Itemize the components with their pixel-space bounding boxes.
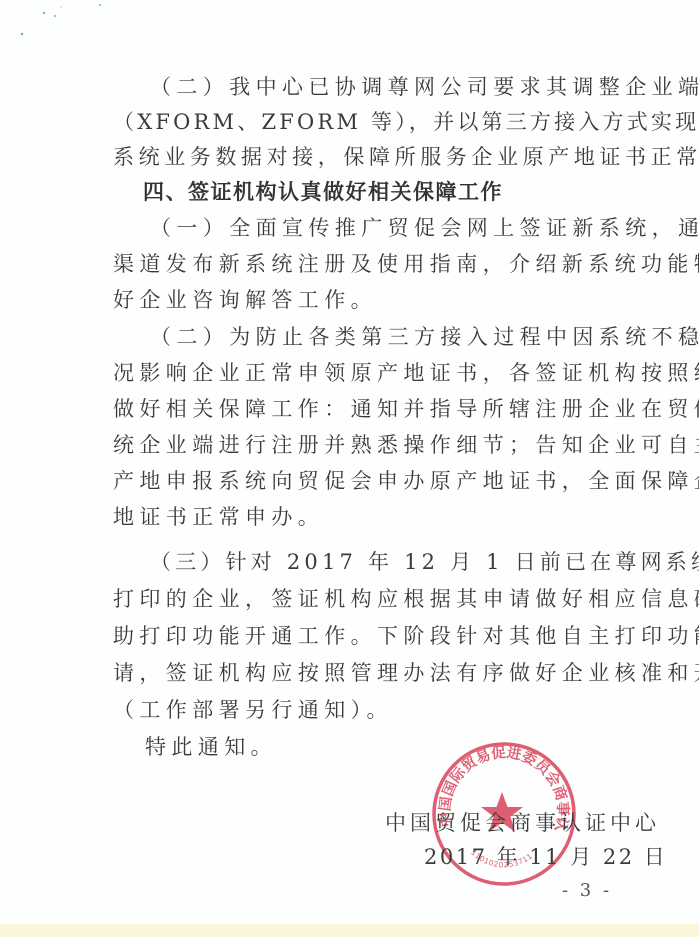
paragraph-3-line-4: 请，签证机构应按照管理办法有序做好企业核准和开通工作 <box>113 656 603 691</box>
paragraph-2-line-3: 系统业务数据对接，保障所服务企业原产地证书正常办理。 <box>113 140 603 175</box>
section-heading-4: 四、签证机构认真做好相关保障工作 <box>143 175 633 210</box>
signature-date: 2017 年 11 月 22 日 <box>424 842 667 872</box>
paragraph-2b-line-4: 统企业端进行注册并熟悉操作细节；告知企业可自主选择原 <box>113 428 603 463</box>
page-bottom-edge <box>0 924 699 937</box>
signature-organization: 中国贸促会商事认证中心 <box>385 808 660 838</box>
paragraph-2b-line-2: 况影响企业正常申领原产地证书，各签证机构按照统一部署 <box>113 356 603 391</box>
paragraph-2-line-1: （二）我中心已协调尊网公司要求其调整企业端系统 <box>150 70 640 105</box>
paragraph-1-line-1: （一）全面宣传推广贸促会网上签证新系统，通过各类 <box>150 211 640 246</box>
paragraph-3-line-2: 打印的企业，签证机构应根据其申请做好相应信息确认及自 <box>113 582 603 617</box>
paragraph-2b-line-6: 地证书正常申办。 <box>113 500 603 535</box>
paragraph-1-line-2: 渠道发布新系统注册及使用指南，介绍新系统功能特点，做 <box>113 247 603 282</box>
paragraph-1-line-3: 好企业咨询解答工作。 <box>113 283 603 318</box>
scan-specks <box>0 0 120 60</box>
paragraph-3-line-5: （工作部署另行通知）。 <box>113 693 603 728</box>
document-page: （二）我中心已协调尊网公司要求其调整企业端系统 （XFORM、ZFORM 等），… <box>0 0 699 937</box>
paragraph-3-line-1: （三）针对 2017 年 12 月 1 日前已在尊网系统实现自主 <box>150 545 640 580</box>
paragraph-2b-line-3: 做好相关保障工作：通知并指导所辖注册企业在贸促会新系 <box>113 392 603 427</box>
paragraph-2-line-2: （XFORM、ZFORM 等），并以第三方接入方式实现与贸促会新 <box>113 105 603 140</box>
paragraph-3-line-3: 助打印功能开通工作。下阶段针对其他自主打印功能开通申 <box>113 619 603 654</box>
paragraph-2b-line-1: （二）为防止各类第三方接入过程中因系统不稳定等情 <box>150 320 640 355</box>
paragraph-2b-line-5: 产地申报系统向贸促会申办原产地证书，全面保障企业原产 <box>113 464 603 499</box>
